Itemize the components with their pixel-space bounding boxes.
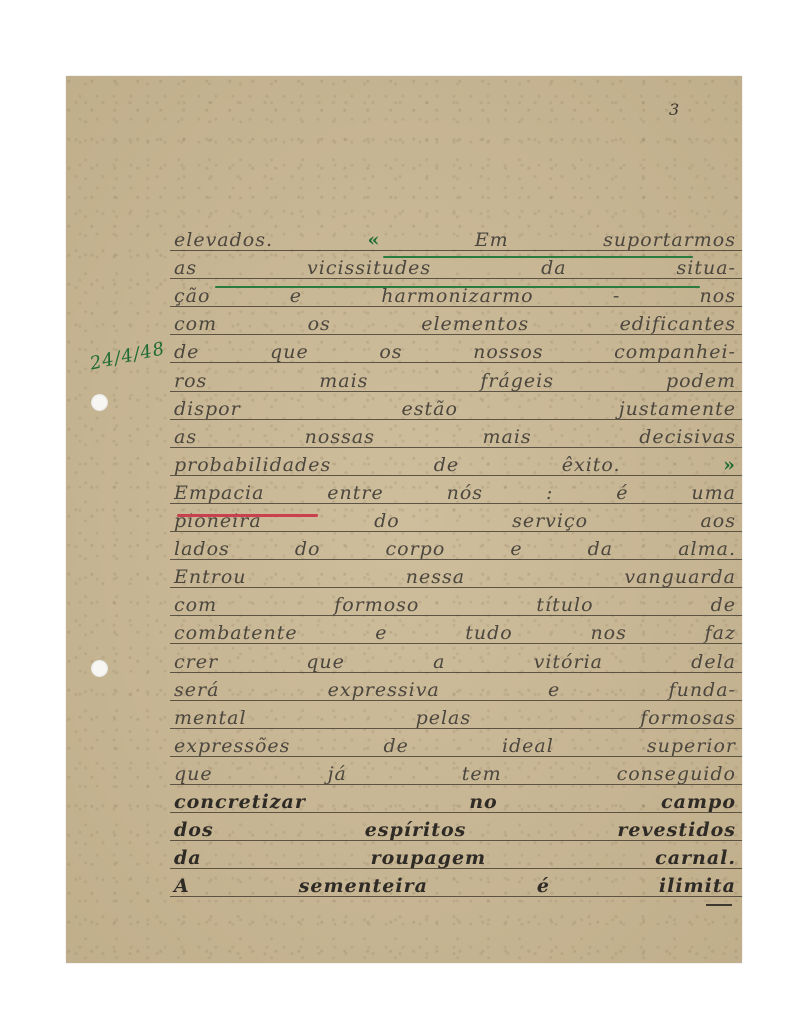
handwritten-word: que xyxy=(304,651,347,673)
handwritten-word: é xyxy=(614,482,630,504)
handwritten-word: vitória xyxy=(532,651,605,673)
handwritten-word: decisivas xyxy=(637,426,738,448)
handwritten-word: dispor xyxy=(172,398,243,420)
handwritten-word: conseguido xyxy=(615,763,738,785)
end-dash-mark xyxy=(706,904,732,906)
handwritten-word: mental xyxy=(172,707,249,729)
handwritten-word: combatente xyxy=(172,622,300,644)
handwritten-page: 3 24/4/48 elevados.«Emsuportarmosasvicis… xyxy=(66,76,742,963)
handwritten-word: edificantes xyxy=(618,313,738,335)
handwritten-word: a xyxy=(431,651,447,673)
handwritten-word: com xyxy=(172,594,219,616)
handwritten-word: roupagem xyxy=(369,847,489,869)
handwritten-word: é xyxy=(535,875,552,897)
handwritten-word: crer xyxy=(172,651,220,673)
margin-date-annotation: 24/4/48 xyxy=(88,338,167,374)
handwritten-word: e xyxy=(288,285,304,307)
handwritten-word: ção xyxy=(172,285,212,307)
handwritten-word: situa- xyxy=(675,257,738,279)
handwritten-word: mais xyxy=(480,426,533,448)
handwritten-word: que xyxy=(268,341,311,363)
handwritten-line: Entrounessavanguarda xyxy=(172,562,738,588)
handwritten-word: aos xyxy=(698,510,738,532)
handwritten-line: comoselementosedificantes xyxy=(172,309,738,335)
handwritten-word: formoso xyxy=(332,594,421,616)
handwritten-word: título xyxy=(534,594,595,616)
handwritten-word: tem xyxy=(460,763,504,785)
handwritten-word: nessa xyxy=(404,566,467,588)
handwritten-word: será xyxy=(172,679,221,701)
handwritten-line: rosmaisfrágeispodem xyxy=(172,366,738,392)
handwritten-word: de xyxy=(432,454,461,476)
handwritten-line: comformosotítulode xyxy=(172,590,738,616)
handwritten-word: lados xyxy=(172,538,232,560)
handwritten-word: as xyxy=(172,257,199,279)
handwritten-word: frágeis xyxy=(478,370,556,392)
handwritten-word: êxito. xyxy=(560,454,623,476)
handwritten-word: expressiva xyxy=(326,679,442,701)
handwritten-word: faz xyxy=(703,622,738,644)
handwritten-line: çãoeharmonizarmo-nos xyxy=(172,281,738,307)
handwritten-line: elevados.«Emsuportarmos xyxy=(172,225,738,251)
handwritten-word: concretizar xyxy=(172,791,308,813)
handwritten-word: uma xyxy=(689,482,738,504)
handwritten-word: as xyxy=(172,426,199,448)
handwritten-word: e xyxy=(508,538,524,560)
handwritten-word: com xyxy=(172,313,219,335)
handwritten-word: A xyxy=(172,875,192,897)
handwritten-word: Empacia xyxy=(172,482,266,504)
handwritten-word: ilimita xyxy=(657,875,738,897)
handwritten-word: sementeira xyxy=(297,875,430,897)
handwritten-word: harmonizarmo xyxy=(379,285,535,307)
handwritten-word: Em xyxy=(473,229,511,251)
handwritten-word: companhei- xyxy=(612,341,738,363)
handwritten-word: já xyxy=(326,763,349,785)
handwritten-word: dela xyxy=(689,651,738,673)
handwritten-word: da xyxy=(172,847,204,869)
handwritten-line: crerqueavitóriadela xyxy=(172,647,738,673)
handwritten-word: vanguarda xyxy=(622,566,738,588)
handwritten-word: probabilidades xyxy=(172,454,333,476)
handwritten-word: de xyxy=(709,594,738,616)
handwritten-word: mais xyxy=(317,370,370,392)
handwritten-word: alma. xyxy=(676,538,738,560)
handwritten-word: suportarmos xyxy=(601,229,738,251)
handwritten-word: no xyxy=(467,791,500,813)
handwritten-word: nos xyxy=(698,285,738,307)
handwritten-word: revestidos xyxy=(615,819,738,841)
handwritten-line: concretizarnocampo xyxy=(172,787,738,813)
handwritten-line: dequeosnossoscompanhei- xyxy=(172,337,738,363)
handwritten-line: asnossasmaisdecisivas xyxy=(172,422,738,448)
red-underline-empacia xyxy=(177,514,318,517)
handwritten-word: nossos xyxy=(471,341,545,363)
handwritten-line: combatenteetudonosfaz xyxy=(172,618,738,644)
handwritten-word: carnal. xyxy=(653,847,738,869)
handwritten-word: de xyxy=(381,735,410,757)
handwritten-word: entre xyxy=(325,482,385,504)
handwritten-word: dos xyxy=(172,819,216,841)
handwritten-word: : xyxy=(544,482,555,504)
handwritten-line: probabilidadesdeêxito.» xyxy=(172,450,738,476)
handwritten-word: expressões xyxy=(172,735,292,757)
punch-hole-bottom xyxy=(91,660,108,677)
handwritten-line: disporestãojustamente xyxy=(172,394,738,420)
handwritten-word: - xyxy=(611,285,622,307)
handwritten-word: de xyxy=(172,341,201,363)
handwritten-line: dosespíritosrevestidos xyxy=(172,815,738,841)
handwritten-word: elevados. xyxy=(172,229,275,251)
handwritten-word: Entrou xyxy=(172,566,249,588)
handwritten-word: que xyxy=(172,763,215,785)
handwritten-word: formosas xyxy=(638,707,738,729)
handwritten-line: ladosdocorpoedaalma. xyxy=(172,534,738,560)
handwritten-word: ros xyxy=(172,370,209,392)
handwritten-word: estão xyxy=(400,398,460,420)
handwritten-word: vicissitudes xyxy=(305,257,433,279)
green-quote-mark: » xyxy=(721,454,738,476)
handwritten-word: e xyxy=(373,622,389,644)
handwritten-word: superior xyxy=(645,735,738,757)
handwritten-word: justamente xyxy=(617,398,738,420)
green-underline-line-1 xyxy=(383,256,693,258)
handwritten-line: expressõesdeidealsuperior xyxy=(172,731,738,757)
handwritten-word: elementos xyxy=(419,313,531,335)
handwritten-word: tudo xyxy=(463,622,514,644)
handwritten-word: nos xyxy=(588,622,628,644)
handwritten-word: os xyxy=(306,313,333,335)
handwritten-word: do xyxy=(293,538,323,560)
handwritten-word: nossas xyxy=(303,426,377,448)
green-quote-mark: « xyxy=(365,229,382,251)
handwritten-word: nós xyxy=(445,482,485,504)
green-underline-line-2 xyxy=(215,286,700,288)
handwritten-word: campo xyxy=(659,791,738,813)
handwritten-word: corpo xyxy=(384,538,448,560)
handwritten-line: seráexpressivaefunda- xyxy=(172,675,738,701)
handwritten-line: daroupagemcarnal. xyxy=(172,843,738,869)
handwritten-word: do xyxy=(372,510,402,532)
punch-hole-top xyxy=(91,394,108,411)
handwritten-word: os xyxy=(377,341,404,363)
handwritten-line: pioneiradoserviçoaos xyxy=(172,506,738,532)
handwritten-word: da xyxy=(586,538,616,560)
handwritten-word: funda- xyxy=(667,679,738,701)
handwritten-word: pelas xyxy=(414,707,474,729)
handwritten-word: espíritos xyxy=(363,819,469,841)
page-number: 3 xyxy=(669,100,679,119)
handwritten-line: mentalpelasformosas xyxy=(172,703,738,729)
handwritten-line: quejátemconseguido xyxy=(172,759,738,785)
handwritten-word: e xyxy=(546,679,562,701)
handwritten-word: ideal xyxy=(500,735,556,757)
handwritten-word: podem xyxy=(664,370,738,392)
handwritten-line: Asementeiraéilimita xyxy=(172,871,738,897)
handwritten-word: serviço xyxy=(510,510,590,532)
handwritten-line: Empaciaentrenós:éuma xyxy=(172,478,738,504)
handwritten-word: da xyxy=(539,257,569,279)
